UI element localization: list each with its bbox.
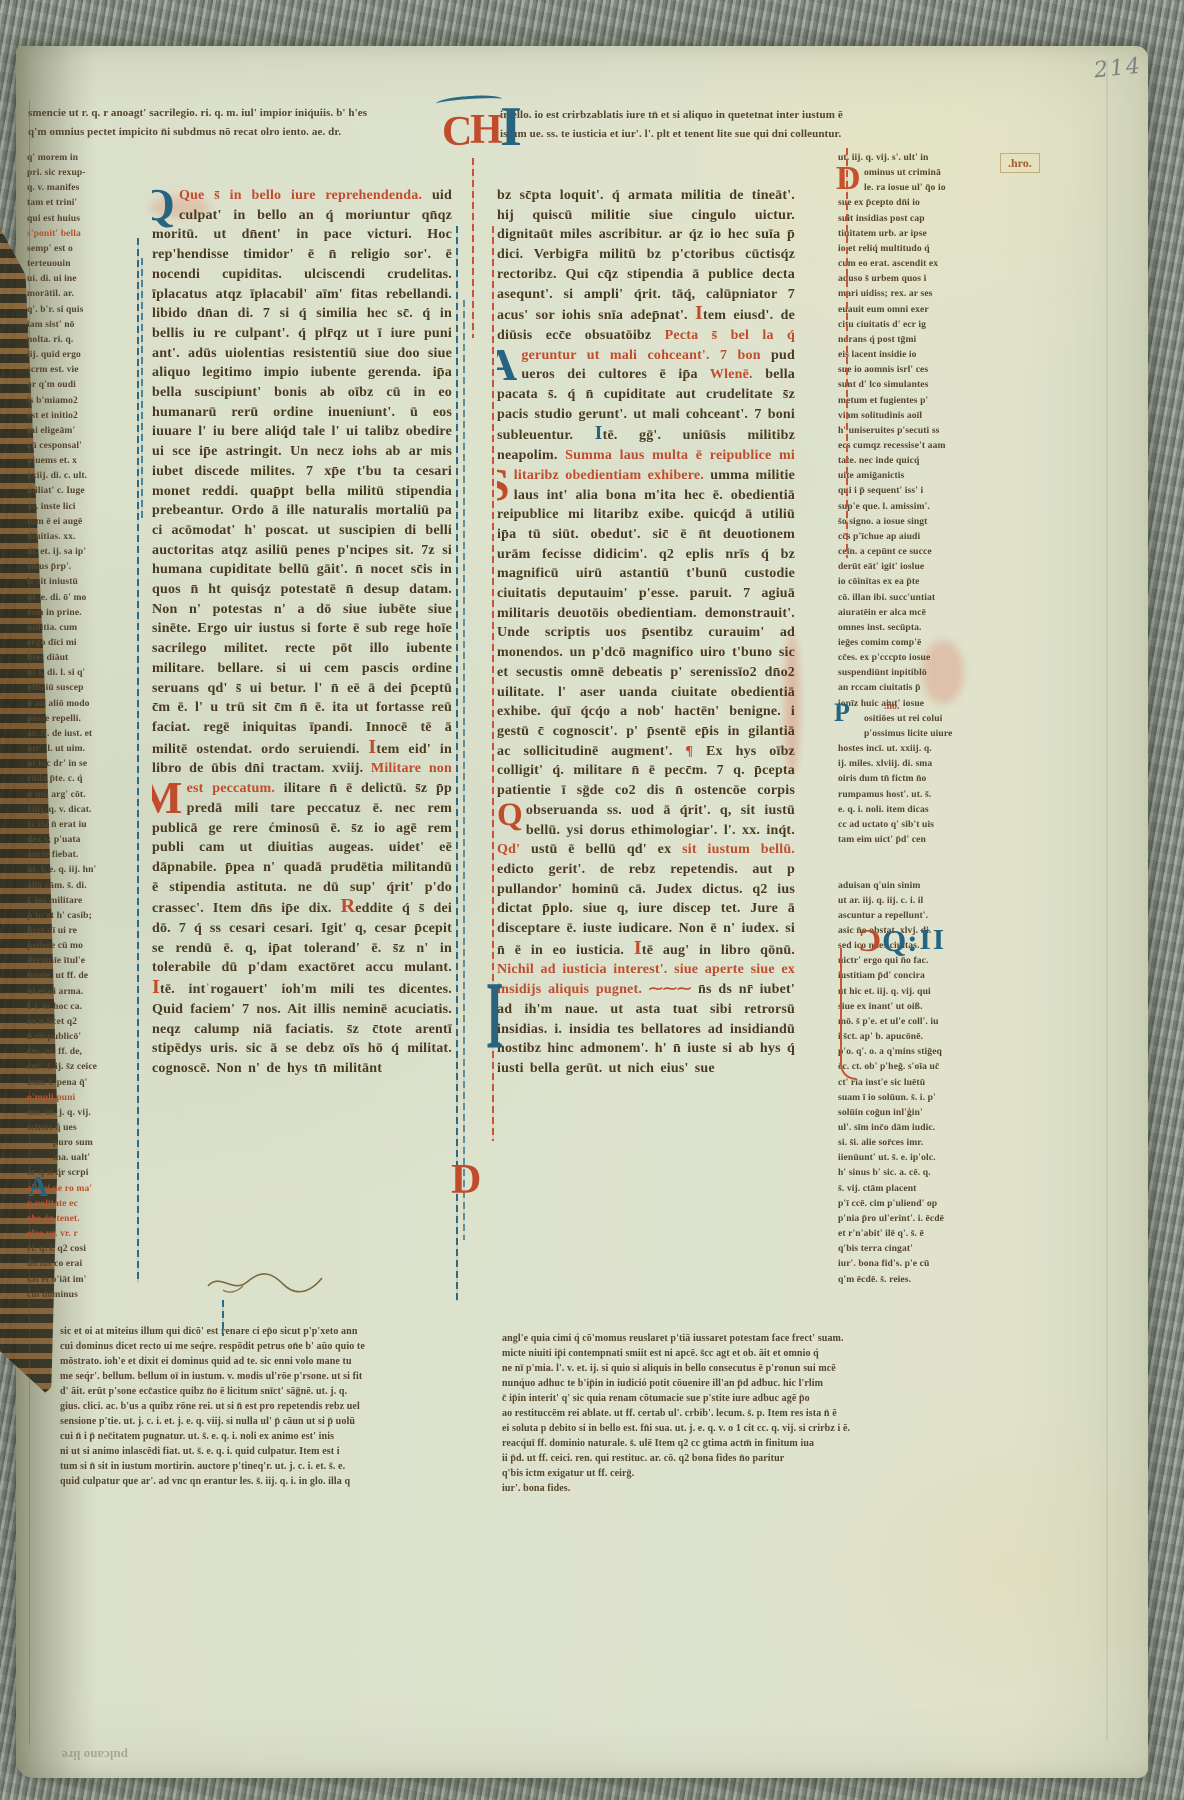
gloss-line: cui dominus (27, 1287, 123, 1302)
drop-cap: M (152, 779, 187, 816)
gloss-line: suam ī io solūun. s̄. i. p' (838, 1090, 984, 1105)
initial-c: C (442, 112, 472, 152)
gloss-line: io cōinitas ex ea p̄te (838, 574, 984, 589)
body-text: tē. intˈrogauert' ioh'm mili tes dicente… (152, 982, 452, 1076)
header-left-lines: smencie ut r. q. r anoagt' sacrilegio. r… (28, 104, 458, 142)
gloss-line: iam sist' nō (27, 317, 123, 332)
parchment-crease (1106, 60, 1108, 1740)
rubric-text: sit iustum bellū. (682, 842, 795, 857)
drop-cap: A (497, 346, 521, 383)
gloss-line: suit insidias post cap (838, 211, 984, 226)
quaestio-number: II (920, 924, 947, 957)
gloss-line: ui et ui arma. (27, 984, 123, 999)
gloss-line: asm. l. pena q̄' (27, 1075, 123, 1090)
gloss-line: i. ius militare (27, 893, 123, 908)
gloss-line: officiū suscep (27, 680, 123, 695)
gloss-line: ul'. sīm inc̄o dām iudic. (838, 1120, 984, 1135)
gloss-line: le. ra iosue ul' q̄o io (864, 180, 984, 195)
gloss-line: xxiij. di. c. ult. (27, 468, 123, 483)
gloss-line: mari uidiss; rex. ar ses (838, 286, 984, 301)
gloss-line: militia. cum (27, 620, 123, 635)
gloss-line: q'. b'r. si quis (27, 302, 123, 317)
gloss-line: cū cesponsal' (27, 438, 123, 453)
gloss-line: dex s; p'uata (27, 832, 123, 847)
gloss-line: cūda p̄te. c. q́ (27, 771, 123, 786)
gloss-line: sunt d' lco simulantes (838, 377, 984, 392)
gloss-line: olro ur. vr. r (27, 1226, 123, 1241)
gloss-line: morātil. ar. (27, 286, 123, 301)
gloss-line: q. v. manifes (27, 180, 123, 195)
filigree-chi-tail (472, 158, 474, 338)
gloss-line: oiris dum tn̄ fictm n̄o (838, 771, 984, 786)
gloss-line: aliā cām. s̄. di. (27, 878, 123, 893)
gloss-line: scrm est. vie (27, 362, 123, 377)
gloss-line: ut hic et. iij. q. vij. qui (838, 984, 984, 999)
gloss-line: ij. miles. xlviij. di. sma (838, 756, 984, 771)
gloss-line: qui est huius (27, 211, 123, 226)
gloss-line: di. et. ij. sa ip' (27, 544, 123, 559)
gloss-line: ut hic dr' in se (27, 756, 123, 771)
gloss-line: n̄ ait aliō modo (27, 696, 123, 711)
gloss-line: et r'n'abit' ilē q'. s̄. ē (838, 1226, 984, 1241)
gloss-line: siue ex inant' ut oiß. (838, 999, 984, 1014)
gloss-line: h' uniseruites p'secuti ss (838, 423, 984, 438)
gloss-line: ar q'm oudi (27, 377, 123, 392)
body-text: I (152, 976, 160, 998)
gloss-line: cc ad uctato q' sib't uis (838, 817, 984, 832)
gloss-line: xiiij. q. v. dicat. (27, 802, 123, 817)
gloss-line: norans q́ post tḡmi (838, 332, 984, 347)
body-text: I (695, 302, 703, 324)
left-gloss-initial-a: A (28, 1172, 48, 1204)
gloss-line: viam solitudinis aoīl (838, 408, 984, 423)
gloss-line: suspendiūnt inpitiblō (838, 665, 984, 680)
gloss-line: omnes inst. secūpta. (838, 620, 984, 635)
gloss-line: ionīz huic aiut' iosue (838, 696, 984, 711)
drop-cap: Q (152, 186, 179, 223)
gloss-line: s̄o signo. a iosue singt (838, 514, 984, 529)
gloss-line (838, 862, 984, 877)
gloss-line: ct' ria inst'e sic luētū (838, 1075, 984, 1090)
body-text: I (634, 937, 642, 959)
gloss-line: h' sinus b' sic. a. cē. q. (838, 1165, 984, 1180)
gloss-line: cc̄es. ex p'cccpto iosue (838, 650, 984, 665)
bottom-commentary-right: angl'e quia cimi q́ cō'momus reuslaret p… (502, 1331, 1072, 1501)
gloss-line: lites diāut (27, 650, 123, 665)
gloss-line: is b'miamo2 (27, 393, 123, 408)
gloss-line: solūin coḡun inl'ģin' (838, 1105, 984, 1120)
gloss-line: che q́o tenet. (27, 1211, 123, 1226)
right-gloss-initial-d: D (836, 160, 861, 198)
gloss-line: niuems et. x (27, 453, 123, 468)
gloss-line: mi eligeām' (27, 423, 123, 438)
gloss-line: scīnus q́ ues (27, 1120, 123, 1135)
gloss-line: uite amiḡanictis (838, 468, 984, 483)
gloss-line: s̄. vij. ctām placent (838, 1181, 984, 1196)
body-text: ustū ē bellū qd' ex (531, 842, 682, 857)
quaestio-paraph: C (858, 922, 881, 959)
filigree-q-tail (141, 258, 143, 518)
initial-i: I (500, 102, 522, 152)
gloss-line: iur'. l. ut uim. (27, 741, 123, 756)
gloss-line: licet uī ui re (27, 923, 123, 938)
gloss-line: tutele. ut ff. de (27, 968, 123, 983)
gloss-line: citu ciuitatis d' ecr ig (838, 317, 984, 332)
gloss-line: rumpamus host'. ut. s̄. (838, 787, 984, 802)
gloss-line: p'nia p̄ro ul'erint'. i. ēcdē (838, 1211, 984, 1226)
gloss-line: dicius co erai (27, 1256, 123, 1271)
gloss-line: sat et o'iāt im' (27, 1272, 123, 1287)
text-column-right: bz sc̄pta loquit'. q́ armata militia de … (497, 186, 795, 1258)
drop-cap: S (497, 466, 514, 503)
drop-cap: Q (497, 801, 526, 830)
gloss-line: pellere cū mo (27, 938, 123, 953)
gloss-line: tum ē ei augē (27, 514, 123, 529)
showthrough-note: pulcano lire (62, 1748, 128, 1762)
gloss-line: miliat' c. Iuge (27, 483, 123, 498)
filigree-gloss-red (846, 148, 848, 558)
gloss-line: sup'e que. l. amissim'. (838, 499, 984, 514)
gloss-line: si. s̄i. alie sor̄ces imr. (838, 1135, 984, 1150)
gloss-line: q'bis terra cingat' (838, 1241, 984, 1256)
gloss-line: p'ī ccē. cim p'uliend' op (838, 1196, 984, 1211)
gloss-line: c̄c. ct. ob' p'heḡ. s'oīa uc̄ (838, 1059, 984, 1074)
gloss-line: iustitiam p̄d' concira (838, 968, 984, 983)
gloss-line: ecs cumqz recessise't aam (838, 438, 984, 453)
gloss-line: cō. illan ibi. succ'untiat (838, 590, 984, 605)
gloss-line: c̄m. ut. ff. de, (27, 1044, 123, 1059)
margin-note-boxed: .hro. (1000, 153, 1040, 173)
gloss-line: aduso s̄ urbem quos i (838, 271, 984, 286)
gloss-line: p'o. q'. o. a q'mins stiḡeq (838, 1044, 984, 1059)
rubric-text: Qd' (497, 842, 531, 857)
gloss-line: snius p̄rp'. (27, 559, 123, 574)
gloss-line: ositiōes ut rei colui (864, 711, 984, 726)
text-column-left: Que s̄ in bello iure reprehendenda. Quid… (152, 186, 452, 1258)
rubric-text: Que s̄ in bello iure reprehendenda. (179, 188, 432, 203)
gloss-line: aiuratēin er alca mcē (838, 605, 984, 620)
filigree-bottom-mark (222, 1300, 224, 1336)
gloss-line: ieḡes comim comp'ē (838, 635, 984, 650)
gloss-line: nolta. ri. q. (27, 332, 123, 347)
right-gloss-column: ut. iij. q. vij. s'. ult' inominus ut cr… (838, 150, 984, 1315)
gloss-line: i s̄ct. ap' b. apucōnē. (838, 1029, 984, 1044)
quaestio-q: Q: (882, 923, 918, 959)
body-text: bz sc̄pta loquit'. q́ armata militia de … (497, 188, 795, 323)
gloss-line: cc̄s p'īchue ap aiudi (838, 529, 984, 544)
gloss-line: ma. ualt' (53, 1150, 123, 1165)
gloss-line: qui i p̄ sequent' iss' i (838, 483, 984, 498)
body-text: uid culpat' in bello an q́ moriuntur qn̄… (152, 188, 452, 757)
gloss-line: iur'. bona fid's. p'e cū (838, 1256, 984, 1271)
gloss-line: ut. e. di. ō' mo (27, 590, 123, 605)
gloss-line: ominus ut criminā (864, 165, 984, 180)
gloss-line: q'm ēcdē. s̄. reies. (838, 1272, 984, 1287)
gloss-line: e. q. i. noli. item dicas (838, 802, 984, 817)
gloss-line: io et reliq́ multitudo q́ (838, 241, 984, 256)
gloss-line: terteuouin (27, 256, 123, 271)
gloss-line: sue io aomnis isrl' ces (838, 362, 984, 377)
gloss-line: semp' est o (27, 241, 123, 256)
gloss-line: deramīe ītul'e (27, 953, 123, 968)
body-text: umma militie laus int' alia bona m'ita h… (497, 468, 795, 759)
rubric-text: ¶ (685, 744, 706, 759)
gloss-line: rem in prine. (27, 605, 123, 620)
gloss-line: puro sum (53, 1135, 123, 1150)
gloss-line: ri. q. i. q2 cosi (27, 1241, 123, 1256)
gloss-line (838, 847, 984, 862)
left-gloss-column: q' morem inpri. sic rexup-q. v. manifest… (27, 150, 123, 1315)
rubric-text: Wlenē. (710, 367, 765, 382)
gloss-line: su n̄ licet q2 (27, 1014, 123, 1029)
bottom-commentary-left: sic et oi at miteius illum qui dicō' est… (60, 1324, 458, 1494)
gloss-line: posse repelli. (27, 711, 123, 726)
colb-tall-initial-i: I (486, 962, 503, 1072)
gloss-line: cum eo erat. ascendit ex (838, 256, 984, 271)
pen-flourish (205, 1268, 325, 1298)
gloss-line: ceīn. a cepūnt ce succe (838, 544, 984, 559)
gloss-line: p'ossimus licite uiure (864, 726, 984, 741)
gloss-line: s'ponit' bella (27, 226, 123, 241)
gloss-line: q' morem in (27, 150, 123, 165)
gloss-line: iij. quid ergo (27, 347, 123, 362)
divider-blue-2 (463, 300, 465, 1240)
gloss-line: p'mū arg' cōt. (27, 787, 123, 802)
gloss-line: ui. di. ui ine (27, 271, 123, 286)
gloss-line: pri. sic rexup- (27, 165, 123, 180)
body-text: R (341, 895, 356, 917)
gloss-line: s̄z ibi n̄ erat iu (27, 817, 123, 832)
initial-h: H (470, 110, 503, 150)
gloss-line: ar. ff. de iust. et (27, 726, 123, 741)
gloss-line: eis lacent insidie io (838, 347, 984, 362)
gloss-line: euauit eum omni exer (838, 302, 984, 317)
gloss-line: ut ar. iij. q. iij. c. i. il (838, 893, 984, 908)
gloss-line: tam eim uict' p̄d' cen (838, 832, 984, 847)
manuscript-photo: { "page": { "folio": "214", "boxed_note"… (0, 0, 1184, 1800)
gloss-line: an rccam ciuitatis p̄ (838, 680, 984, 695)
folio-number: 214 (1093, 56, 1143, 83)
gloss-line: iienūunt' ut. s̄. e. ip'olc. (838, 1150, 984, 1165)
header-center-lines: irtello. io est crirbzablatis iure tn̄ e… (500, 106, 986, 144)
gloss-line: tam et trini' (27, 195, 123, 210)
filigree-cola-left (137, 238, 139, 1283)
right-gloss-initial-p: P (834, 698, 850, 728)
gloss-line: ascuntur a repellunt'. (838, 908, 984, 923)
gloss-line: ut s̄. di. l. si q' (27, 665, 123, 680)
gloss-line: lz sit iniustū (27, 574, 123, 589)
gloss-line: tate. nec inde quicq́ (838, 453, 984, 468)
gloss-line: l. i. s̄z hoc ca. (27, 999, 123, 1014)
gloss-line: ut. j. e. q. iij. hn' (27, 862, 123, 877)
body-text: ilitare n̄ ē delictū. s̄z p̄p predā mili… (152, 781, 452, 916)
gloss-line: o'mpli puni (27, 1090, 123, 1105)
gloss-line: aucte fiebat. (27, 847, 123, 862)
gloss-line: p'b; et h' casib; (27, 908, 123, 923)
quaestio-marker: C Q: II (858, 922, 946, 959)
gloss-line: ma. ut. j. q. vij. (27, 1105, 123, 1120)
gloss-line: mō. s̄ p'e. et ul'e coll'. iu (838, 1014, 984, 1029)
body-text: I (595, 422, 603, 444)
gloss-line: derūt eāt' igit' ioslue (838, 559, 984, 574)
gloss-line: cul'. l. ij. s̄z ceice (27, 1059, 123, 1074)
colb-initial-d: D (451, 1156, 481, 1204)
gloss-line: tiuitatem urb. ar ipse (838, 226, 984, 241)
gloss-line: est et initio2 (27, 408, 123, 423)
gloss-line: n̄ sit publicō' (27, 1029, 123, 1044)
divider-blue-1 (456, 226, 458, 1301)
gloss-line: hostes incī. ut. xxiij. q. (838, 741, 984, 756)
filigree-j-curl (840, 948, 856, 1080)
gloss-line: metum et fugientes p' (838, 393, 984, 408)
body-text: tē aug' in libro qōnū. (642, 943, 795, 958)
gloss-line: aduisan q'uin sinim (838, 878, 984, 893)
gloss-line: as. inste lici (27, 499, 123, 514)
gloss-line: ergo dīci mi (27, 635, 123, 650)
gloss-line: diuitias. xx. (27, 529, 123, 544)
